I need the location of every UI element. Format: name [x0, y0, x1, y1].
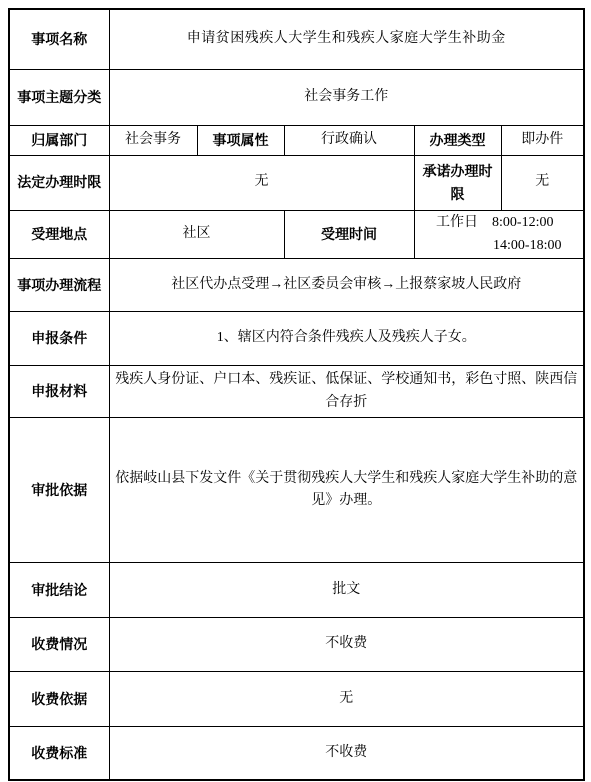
- department-label: 归属部门: [9, 125, 109, 155]
- accept-time-line1: 工作日 8:00-12:00: [436, 211, 561, 235]
- approval-basis-value: 依据岐山县下发文件《关于贯彻残疾人大学生和残疾人家庭大学生补助的意见》办理。: [109, 418, 584, 563]
- topic-category-label: 事项主题分类: [9, 69, 109, 125]
- legal-time-limit-label: 法定办理时限: [9, 155, 109, 210]
- row-topic-category: 事项主题分类 社会事务工作: [9, 69, 584, 125]
- row-approval-conclusion: 审批结论 批文: [9, 563, 584, 618]
- topic-category-value: 社会事务工作: [109, 69, 584, 125]
- legal-time-limit-value: 无: [109, 155, 414, 210]
- approval-conclusion-label: 审批结论: [9, 563, 109, 618]
- promised-time-limit-label: 承诺办理时限: [414, 155, 501, 210]
- accept-time-lines: 工作日 8:00-12:00 14:00-18:00: [436, 211, 561, 259]
- item-name-value: 申请贫困残疾人大学生和残疾人家庭大学生补助金: [109, 9, 584, 69]
- accept-place-label: 受理地点: [9, 210, 109, 259]
- row-fee-status: 收费情况 不收费: [9, 618, 584, 672]
- fee-status-label: 收费情况: [9, 618, 109, 672]
- item-name-label: 事项名称: [9, 9, 109, 69]
- conditions-label: 申报条件: [9, 312, 109, 366]
- row-fee-standard: 收费标准 不收费: [9, 727, 584, 780]
- process-label: 事项办理流程: [9, 259, 109, 312]
- accept-time-value: 工作日 8:00-12:00 14:00-18:00: [414, 210, 584, 259]
- approval-conclusion-value: 批文: [109, 563, 584, 618]
- materials-value: 残疾人身份证、户口本、残疾证、低保证、学校通知书，彩色寸照、陕西信合存折: [109, 366, 584, 418]
- fee-basis-value: 无: [109, 672, 584, 727]
- service-item-table: 事项名称 申请贫困残疾人大学生和残疾人家庭大学生补助金 事项主题分类 社会事务工…: [8, 8, 585, 781]
- item-attribute-value: 行政确认: [284, 125, 414, 155]
- accept-time-label: 受理时间: [284, 210, 414, 259]
- fee-status-value: 不收费: [109, 618, 584, 672]
- row-fee-basis: 收费依据 无: [9, 672, 584, 727]
- handle-type-value: 即办件: [501, 125, 584, 155]
- row-materials: 申报材料 残疾人身份证、户口本、残疾证、低保证、学校通知书，彩色寸照、陕西信合存…: [9, 366, 584, 418]
- item-attribute-label: 事项属性: [197, 125, 284, 155]
- fee-standard-value: 不收费: [109, 727, 584, 780]
- materials-label: 申报材料: [9, 366, 109, 418]
- fee-basis-label: 收费依据: [9, 672, 109, 727]
- promised-time-limit-value: 无: [501, 155, 584, 210]
- process-value: 社区代办点受理→社区委员会审核→上报蔡家坡人民政府: [109, 259, 584, 312]
- row-process: 事项办理流程 社区代办点受理→社区委员会审核→上报蔡家坡人民政府: [9, 259, 584, 312]
- handle-type-label: 办理类型: [414, 125, 501, 155]
- accept-time-line2: 14:00-18:00: [436, 234, 561, 258]
- approval-basis-label: 审批依据: [9, 418, 109, 563]
- row-item-name: 事项名称 申请贫困残疾人大学生和残疾人家庭大学生补助金: [9, 9, 584, 69]
- fee-standard-label: 收费标准: [9, 727, 109, 780]
- department-value: 社会事务: [109, 125, 197, 155]
- accept-place-value: 社区: [109, 210, 284, 259]
- row-accept-place: 受理地点 社区 受理时间 工作日 8:00-12:00 14:00-18:00: [9, 210, 584, 259]
- row-legal-time-limit: 法定办理时限 无 承诺办理时限 无: [9, 155, 584, 210]
- row-department: 归属部门 社会事务 事项属性 行政确认 办理类型 即办件: [9, 125, 584, 155]
- conditions-value: 1、辖区内符合条件残疾人及残疾人子女。: [109, 312, 584, 366]
- row-approval-basis: 审批依据 依据岐山县下发文件《关于贯彻残疾人大学生和残疾人家庭大学生补助的意见》…: [9, 418, 584, 563]
- row-conditions: 申报条件 1、辖区内符合条件残疾人及残疾人子女。: [9, 312, 584, 366]
